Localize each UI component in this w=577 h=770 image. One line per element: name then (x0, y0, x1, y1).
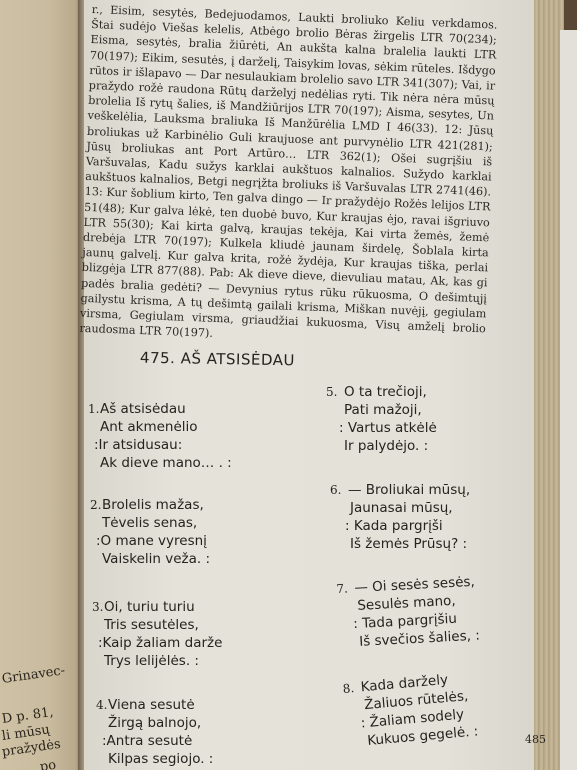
verse-line: Iš žemės Prūsų? : (330, 535, 470, 553)
stanza-number: 2. (90, 496, 102, 514)
stanza-6: 6.— Broliukai mūsų, Jaunasai mūsų, : Kad… (330, 481, 470, 553)
stanza-2: 2.Brolelis mažas, Tėvelis senas, :O mane… (90, 496, 210, 568)
verse-line: Viena sesutė (108, 697, 195, 713)
verse-line: :Kaip žaliam darže (92, 634, 222, 652)
stanza-number: 8. (342, 678, 362, 698)
left-page: Grinavec- D p. 81, li mūsų pražydės po (0, 0, 82, 770)
stanza-5: 5.O ta trečioji, Pati mažoji, : Vartus a… (326, 383, 437, 455)
verse-line: :O mane vyresnį (90, 532, 210, 550)
stanza-number: 7. (336, 579, 355, 598)
verse-line: — Broliukai mūsų, (348, 482, 470, 498)
left-page-fragment: po (39, 758, 57, 770)
verse-line: :Ir atsidusau: (88, 436, 232, 454)
verse-line: Ir palydėjo. : (326, 437, 437, 455)
loose-sheet (560, 30, 577, 770)
stanza-1: 1.Aš atsisėdau Ant akmenėlio :Ir atsidus… (88, 400, 232, 472)
verse-line: : Kada pargrįši (330, 517, 470, 535)
verse-line: Tėvelis senas, (90, 514, 210, 532)
verse-line: Tris sesutėles, (92, 616, 222, 634)
verse-line: Vaiskelin veža. : (90, 550, 210, 568)
stanza-number: 6. (330, 481, 348, 499)
stanza-7: 7.— Oi sesės sesės, Sesulės mano, : Tada… (336, 573, 480, 652)
verse-line: Kilpas segiojo. : (96, 750, 213, 768)
left-page-fragment: Grinavec- (1, 663, 66, 687)
verse-line: Jaunasai mūsų, (330, 499, 470, 517)
verse-line: Oi, turiu turiu (104, 599, 195, 615)
stanza-number: 3. (92, 598, 104, 616)
verse-line: :Antra sesutė (96, 732, 213, 750)
stanza-number: 1. (88, 400, 100, 418)
verse-line: Aš atsisėdau (100, 401, 186, 417)
page-number: 485 (525, 733, 546, 746)
stanza-number: 4. (96, 696, 108, 714)
verse-line: Trys lelijėlės. : (92, 652, 222, 670)
stanza-4: 4.Viena sesutė Žirgą balnojo, :Antra ses… (96, 696, 213, 768)
stanza-number: 5. (326, 383, 344, 401)
verse-line: Brolelis mažas, (102, 497, 204, 513)
footnotes-block: r., Eisim, sesytės, Bedejuodamos, Laukti… (79, 2, 498, 352)
stanza-3: 3.Oi, turiu turiu Tris sesutėles, :Kaip … (92, 598, 222, 670)
song-title: 475. AŠ ATSISĖDAU (140, 349, 295, 370)
stanza-8: 8.Kada darželу Žaliuos rūtelės, : Žaliam… (342, 669, 479, 752)
verse-line: : Vartus atkėlė (326, 419, 437, 437)
verse-line: Ak dieve mano… . : (88, 454, 232, 472)
verse-line: Žirgą balnojo, (96, 714, 213, 732)
verse-line: Ant akmenėlio (88, 418, 232, 436)
footnotes-text: r., Eisim, sesytės, Bedejuodamos, Laukti… (79, 2, 498, 352)
verse-line: O ta trečioji, (344, 384, 427, 400)
verse-line: Pati mažoji, (326, 401, 437, 419)
